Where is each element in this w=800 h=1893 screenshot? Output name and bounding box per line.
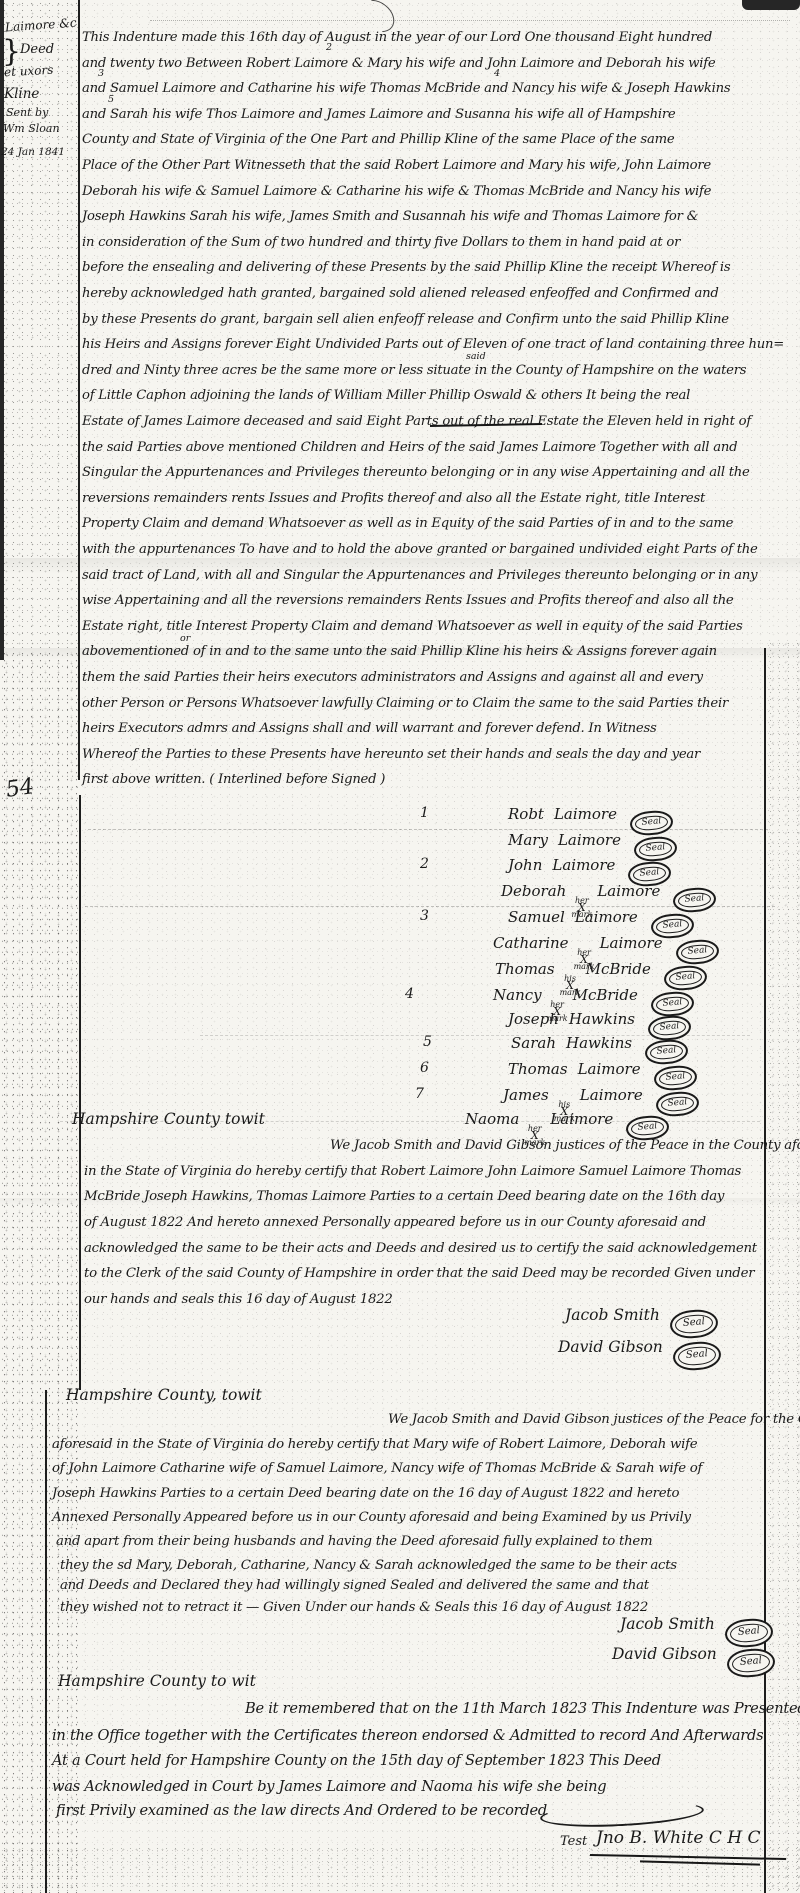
ack-line: Joseph Hawkins Parties to a certain Deed…	[52, 1486, 679, 1501]
signature-name: Thomas	[508, 1060, 568, 1078]
recording-line: first Privily examined as the law direct…	[56, 1802, 547, 1819]
signature-name: Naoma	[465, 1110, 519, 1128]
deed-line: Estate right, title Interest Property Cl…	[82, 619, 796, 634]
margin-note-date: 24 Jan 1841	[1, 146, 65, 158]
deed-line: Deborah his wife & Samuel Laimore & Cath…	[82, 184, 796, 199]
recording-line: was Acknowledged in Court by James Laimo…	[52, 1778, 606, 1795]
clerk-signature: Jno B. White C H C	[596, 1828, 761, 1848]
attestation-prefix: Test	[560, 1834, 587, 1849]
signature-surname: Laimore	[597, 882, 660, 900]
recording-line: in the Office together with the Certific…	[52, 1727, 763, 1744]
signature-name: Robt	[508, 805, 544, 823]
interlineation-word: said	[466, 351, 486, 362]
justice-signature: David GibsonSeal	[558, 1338, 721, 1370]
interlineation-number: 3	[98, 68, 104, 79]
justice-name: Jacob Smith	[620, 1615, 715, 1633]
ack-line: of August 1822 And hereto annexed Person…	[84, 1215, 706, 1230]
signature-name: James	[503, 1086, 549, 1104]
signature-surname: McBride	[586, 960, 651, 978]
pen-flourish	[539, 1798, 704, 1831]
deed-line: and Samuel Laimore and Catharine his wif…	[82, 81, 796, 96]
deed-line: first above written. ( Interlined before…	[82, 772, 796, 787]
signature-name: Joseph	[508, 1010, 559, 1028]
ruled-guide-line	[150, 20, 790, 21]
ack-line: aforesaid in the State of Virginia do he…	[52, 1437, 697, 1452]
seal: Seal	[669, 1308, 719, 1340]
deed-line: of Little Caphon adjoining the lands of …	[82, 388, 796, 403]
ack-line: and Deeds and Declared they had willingl…	[60, 1578, 649, 1593]
county-heading: Hampshire County, towit	[66, 1386, 262, 1404]
couple-number: 6	[420, 1060, 429, 1076]
signature-name: Samuel	[508, 908, 565, 926]
signature-underline	[640, 1860, 760, 1865]
margin-rule-bottom	[45, 1390, 47, 1893]
deed-line: Joseph Hawkins Sarah his wife, James Smi…	[82, 209, 796, 224]
signature-surname: Laimore	[580, 1086, 643, 1104]
deed-line: other Person or Persons Whatsoever lawfu…	[82, 696, 796, 711]
interlineation-number: 5	[108, 94, 114, 105]
interlineation-number: 2	[326, 42, 332, 53]
deed-line: his Heirs and Assigns forever Eight Undi…	[82, 337, 796, 352]
ack-line: they wished not to retract it — Given Un…	[60, 1600, 648, 1615]
signature-name: Nancy	[493, 986, 542, 1004]
recording-line: At a Court held for Hampshire County on …	[52, 1752, 661, 1769]
signature-surname: Hawkins	[569, 1010, 635, 1028]
signature-surname: Laimore	[600, 934, 663, 952]
justice-signature: Jacob SmithSeal	[565, 1306, 718, 1338]
interlineation-word: or	[180, 633, 190, 644]
signature-name: Mary	[508, 831, 548, 849]
signature-name: Deborah	[501, 882, 566, 900]
deed-line: dred and Ninty three acres be the same m…	[82, 363, 796, 378]
seal: Seal	[726, 1647, 776, 1679]
deed-line: before the ensealing and delivering of t…	[82, 260, 796, 275]
deed-line: the said Parties above mentioned Childre…	[82, 440, 796, 455]
deed-line: said tract of Land, with all and Singula…	[82, 568, 796, 583]
justice-signature: Jacob SmithSeal	[620, 1615, 773, 1647]
deed-line: Property Claim and demand Whatsoever as …	[82, 516, 796, 531]
top-right-ink-blot	[742, 0, 800, 10]
ack-line: and apart from their being husbands and …	[56, 1534, 652, 1549]
ack-line: of John Laimore Catharine wife of Samuel…	[52, 1461, 702, 1476]
couple-number: 1	[420, 805, 429, 821]
interlineation-number: 4	[494, 68, 500, 79]
deed-line: and twenty two Between Robert Laimore & …	[82, 56, 796, 71]
left-margin-noise-bottom	[0, 650, 78, 1893]
margin-note-et-uxors: et uxors	[4, 63, 54, 80]
deed-line: heirs Executors admrs and Assigns shall …	[82, 721, 796, 736]
justice-name: David Gibson	[612, 1645, 717, 1663]
recording-line: Be it remembered that on the 11th March …	[245, 1700, 800, 1717]
margin-rule-middle	[79, 795, 81, 1390]
ack-line: Annexed Personally Appeared before us in…	[52, 1510, 691, 1525]
margin-note-carrier: Wm Sloan	[3, 122, 60, 135]
deed-line: in consideration of the Sum of two hundr…	[82, 235, 796, 250]
ack-line: McBride Joseph Hawkins, Thomas Laimore P…	[84, 1189, 724, 1204]
couple-number: 2	[420, 856, 429, 872]
signature-surname: Laimore	[575, 908, 638, 926]
signature-surname: Hawkins	[566, 1034, 632, 1052]
signature-name: Sarah	[511, 1034, 556, 1052]
ack-line: acknowledged the same to be their acts a…	[84, 1241, 757, 1256]
margin-note-doc-type: Deed	[20, 42, 54, 57]
signature-surname: Laimore	[558, 831, 621, 849]
ack-line: in the State of Virginia do hereby certi…	[84, 1164, 741, 1179]
ack-line: our hands and seals this 16 day of Augus…	[84, 1292, 393, 1307]
ack-line: We Jacob Smith and David Gibson justices…	[388, 1412, 800, 1427]
deed-book-page: Laimore &c } Deed et uxors Kline Sent by…	[0, 0, 800, 1893]
margin-note-sent-by: Sent by	[6, 106, 48, 119]
page-number: 54	[4, 774, 35, 803]
signature-surname: McBride	[573, 986, 638, 1004]
deed-line: This Indenture made this 16th day of Aug…	[82, 30, 796, 45]
couple-number: 4	[405, 986, 414, 1002]
justice-name: Jacob Smith	[565, 1306, 660, 1324]
signature-surname: Laimore	[554, 805, 617, 823]
ack-line: they the sd Mary, Deborah, Catharine, Na…	[60, 1558, 677, 1573]
signature-surname: Laimore	[552, 856, 615, 874]
county-heading: Hampshire County to wit	[58, 1672, 256, 1690]
signature-underline	[590, 1854, 786, 1860]
deed-line: County and State of Virginia of the One …	[82, 132, 796, 147]
deed-line: Singular the Appurtenances and Privilege…	[82, 465, 796, 480]
signature-name: Thomas	[495, 960, 555, 978]
deed-line: Place of the Other Part Witnesseth that …	[82, 158, 796, 173]
margin-rule-top	[78, 0, 80, 780]
deed-line: and Sarah his wife Thos Laimore and Jame…	[82, 107, 796, 122]
margin-note-party: Laimore &c	[5, 16, 77, 35]
deed-line: by these Presents do grant, bargain sell…	[82, 312, 796, 327]
signature-name: John	[508, 856, 542, 874]
deed-line: reversions remainders rents Issues and P…	[82, 491, 796, 506]
margin-note-grantee: Kline	[4, 86, 39, 102]
justice-name: David Gibson	[558, 1338, 663, 1356]
ack-line: We Jacob Smith and David Gibson justices…	[330, 1138, 800, 1153]
ack-line: to the Clerk of the said County of Hamps…	[84, 1266, 754, 1281]
signature-surname: Laimore	[550, 1110, 613, 1128]
deed-line: abovementioned of in and to the same unt…	[82, 644, 796, 659]
couple-number: 5	[423, 1034, 432, 1050]
deed-line: them the said Parties their heirs execut…	[82, 670, 796, 685]
couple-number: 7	[415, 1086, 424, 1102]
deed-line: hereby acknowledged hath granted, bargai…	[82, 286, 796, 301]
deed-line: wise Appertaining and all the reversions…	[82, 593, 796, 608]
bottom-noise-band	[0, 1845, 800, 1893]
seal: Seal	[672, 1340, 722, 1372]
signature-surname: Laimore	[578, 1060, 641, 1078]
deed-line: with the appurtenances To have and to ho…	[82, 542, 796, 557]
county-heading: Hampshire County towit	[72, 1110, 265, 1128]
couple-number: 3	[420, 908, 429, 924]
signature-name: Catharine	[493, 934, 569, 952]
deed-line: Whereof the Parties to these Presents ha…	[82, 747, 796, 762]
justice-signature: David GibsonSeal	[612, 1645, 775, 1677]
